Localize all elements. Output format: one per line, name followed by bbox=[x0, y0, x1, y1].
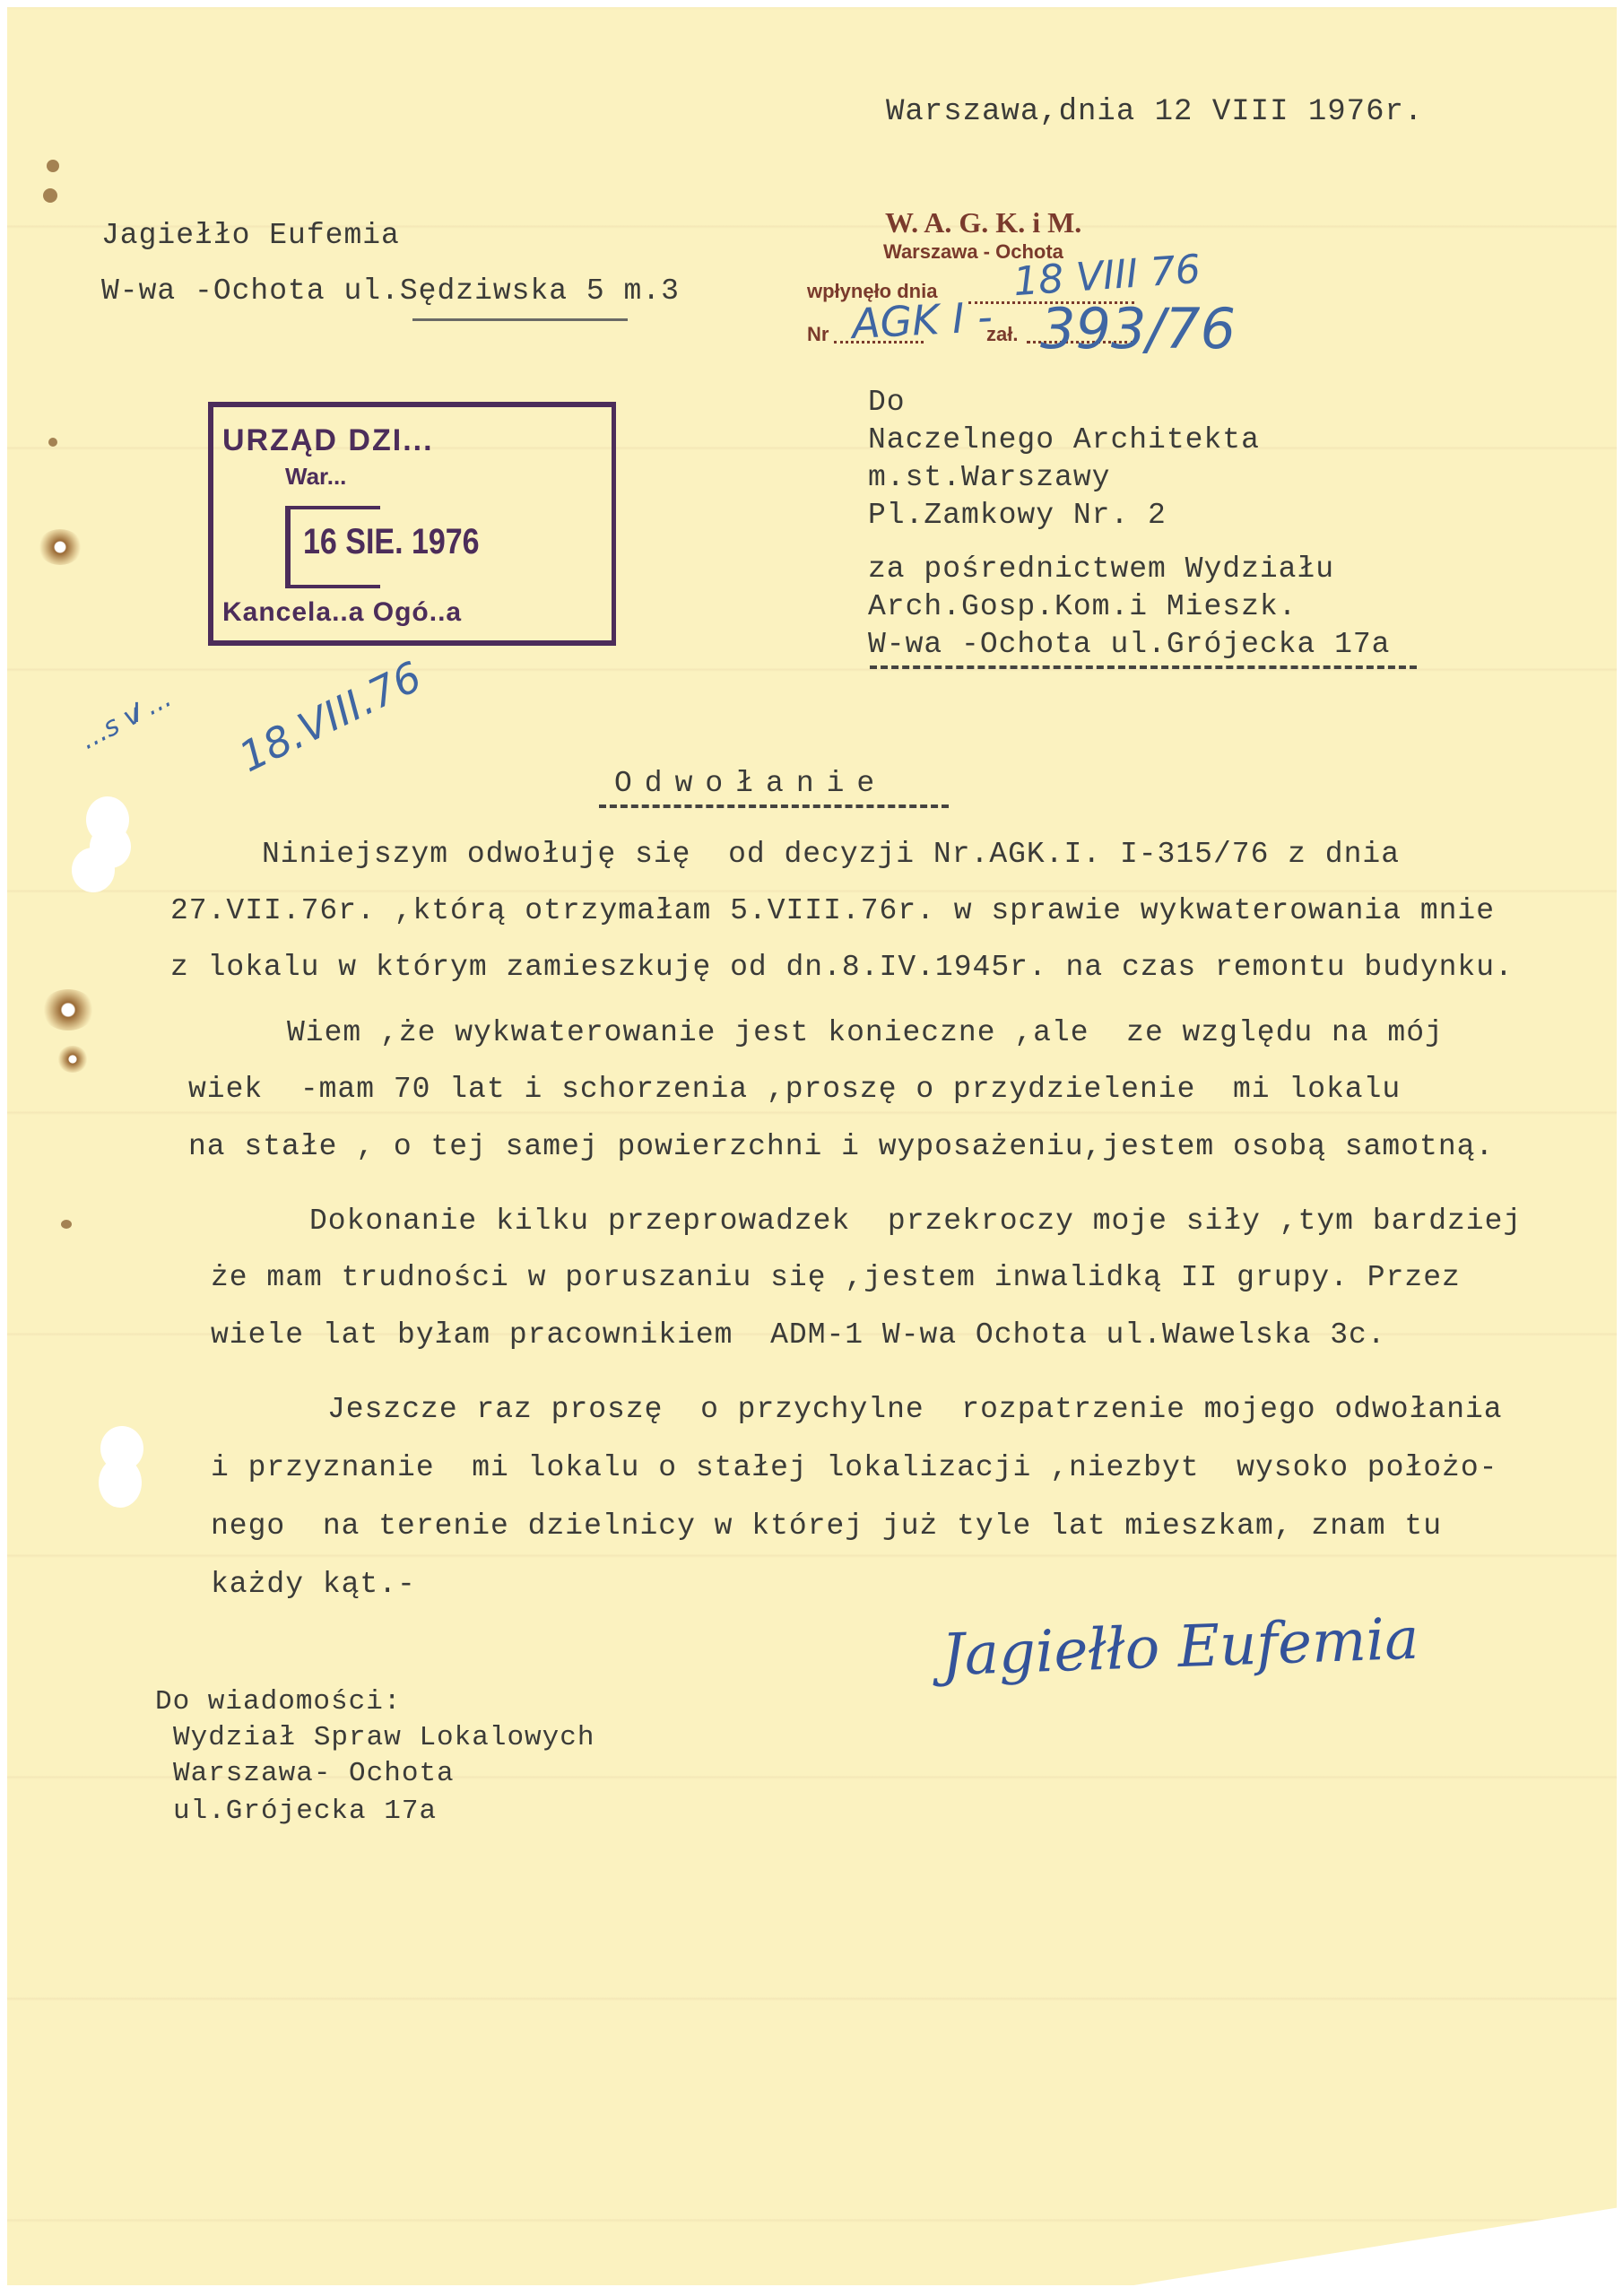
body-line: i przyznanie mi lokalu o stałej lokaliza… bbox=[211, 1453, 1497, 1483]
office-stamp-subheader: War... bbox=[285, 463, 346, 491]
sender-name: Jagiełło Eufemia bbox=[101, 221, 400, 250]
punch-hole bbox=[99, 1457, 142, 1508]
cc-line: Wydział Spraw Lokalowych bbox=[173, 1724, 595, 1752]
cc-label: Do wiadomości: bbox=[155, 1688, 401, 1716]
rust-stain bbox=[57, 1046, 88, 1073]
staple-mark bbox=[43, 188, 57, 203]
cc-line: Warszawa- Ochota bbox=[173, 1760, 455, 1787]
body-line: nego na terenie dzielnicy w której już t… bbox=[211, 1511, 1442, 1541]
recipient-line: m.st.Warszawy bbox=[868, 463, 1110, 492]
body-line: z lokalu w którym zamieszkuję od dn.8.IV… bbox=[170, 952, 1514, 982]
staple-mark bbox=[47, 160, 59, 172]
body-line: na stałe , o tej samej powierzchni i wyp… bbox=[188, 1132, 1494, 1161]
body-line: każdy kąt.- bbox=[211, 1570, 416, 1599]
place-date: Warszawa,dnia 12 VIII 1976r. bbox=[886, 97, 1423, 127]
punch-hole bbox=[72, 848, 115, 892]
recipient-via-line: Arch.Gosp.Kom.i Mieszk. bbox=[868, 592, 1297, 622]
body-line: 27.VII.76r. ,którą otrzymałam 5.VIII.76r… bbox=[170, 896, 1495, 926]
body-line: że mam trudności w poruszaniu się ,jeste… bbox=[211, 1263, 1461, 1292]
office-stamp-footer: Kancela..a Ogó..a bbox=[222, 597, 462, 628]
recipient-line: Naczelnego Architekta bbox=[868, 425, 1260, 455]
number-handwritten: AGK I - bbox=[851, 292, 994, 348]
staple-mark bbox=[48, 438, 57, 447]
staple-mark bbox=[61, 1220, 72, 1229]
sender-address: W-wa -Ochota ul.Sędziwska 5 m.3 bbox=[101, 276, 680, 306]
rust-stain bbox=[38, 529, 82, 565]
body-line: Wiem ,że wykwaterowanie jest konieczne ,… bbox=[287, 1018, 1444, 1048]
title-underline bbox=[599, 804, 949, 808]
recipient-via-line: W-wa -Ochota ul.Grójecka 17a bbox=[868, 630, 1391, 659]
recipient-via-line: za pośrednictwem Wydziału bbox=[868, 554, 1334, 584]
office-stamp-header: URZĄD DZI... bbox=[222, 423, 434, 458]
body-line: Niniejszym odwołuję się od decyzji Nr.AG… bbox=[262, 839, 1400, 869]
office-stamp-date: 16 SIE. 1976 bbox=[303, 522, 480, 562]
address-underline bbox=[412, 318, 628, 321]
number-label: Nr bbox=[807, 323, 829, 346]
cc-line: ul.Grójecka 17a bbox=[173, 1797, 437, 1825]
rust-stain bbox=[41, 989, 95, 1031]
body-line: Dokonanie kilku przeprowadzek przekroczy… bbox=[309, 1206, 1522, 1236]
office-received-stamp: URZĄD DZI... War... 16 SIE. 1976 Kancela… bbox=[208, 402, 616, 646]
attachment-handwritten: 393/76 bbox=[1040, 296, 1236, 361]
recipient-line: Do bbox=[868, 387, 906, 417]
body-line: wiele lat byłam pracownikiem ADM-1 W-wa … bbox=[211, 1320, 1386, 1350]
registry-stamp-line1: W. A. G. K. i M. bbox=[885, 206, 1081, 239]
body-line: wiek -mam 70 lat i schorzenia ,proszę o … bbox=[188, 1074, 1401, 1104]
body-line: Jeszcze raz proszę o przychylne rozpatrz… bbox=[327, 1395, 1503, 1424]
recipient-underline bbox=[870, 665, 1417, 669]
document-title: Odwołanie bbox=[614, 769, 887, 798]
recipient-line: Pl.Zamkowy Nr. 2 bbox=[868, 500, 1167, 530]
